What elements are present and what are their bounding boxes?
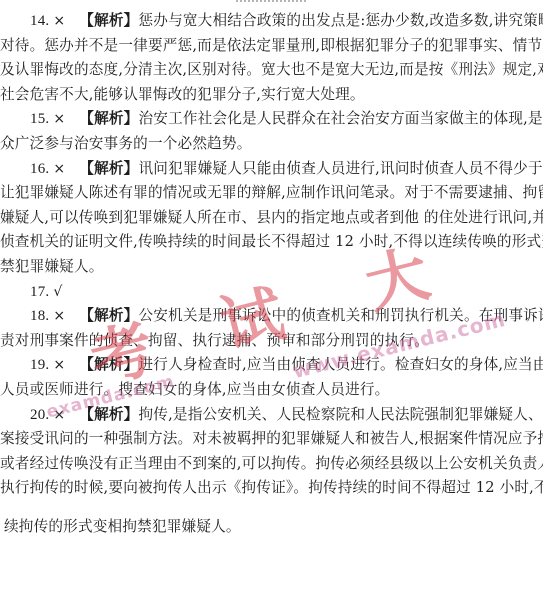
item-text: 人员或医师进行。搜查妇女的身体,应当由女侦查人员进行。 <box>0 378 543 403</box>
analysis-tag: 【解析】 <box>79 406 138 423</box>
answer-item-15: 15.×【解析】治安工作社会化是人民群众在社会治安方面当家做主的体现,是人民群 … <box>0 107 543 156</box>
answer-explanations: 14.×【解析】惩办与宽大相结合政策的出发点是:惩办少数,改造多数,讲究策略,区… <box>0 9 543 539</box>
item-number: 14. <box>30 13 49 29</box>
item-text: 责对刑事案件的侦查、拘留、执行逮捕、预审和部分刑罚的执行。 <box>0 329 543 354</box>
answer-item-18: 18.×【解析】公安机关是刑事诉讼中的侦查机关和刑罚执行机关。在刑事诉讼中,负 … <box>0 304 543 353</box>
item-text: 禁犯罪嫌疑人。 <box>0 255 543 280</box>
wrong-mark-icon: × <box>53 357 65 373</box>
item-text: 让犯罪嫌疑人陈述有罪的情况或无罪的辩解,应制作讯问笔录。对于不需要逮捕、拘留的犯… <box>0 181 543 206</box>
item-text: 公安机关是刑事诉讼中的侦查机关和刑罚执行机关。在刑事诉讼中,负 <box>138 307 543 324</box>
answer-item-20: 20.×【解析】拘传,是指公安机关、人民检察院和人民法院强制犯罪嫌疑人、被告人到… <box>0 403 543 540</box>
item-text: 侦查机关的证明文件,传唤持续的时间最长不得超过 12 小时,不得以连续传唤的形式… <box>0 230 543 255</box>
wrong-mark-icon: × <box>53 308 65 324</box>
item-text: 对待。惩办并不是一律要严惩,而是依法定罪量刑,即根据犯罪分子的犯罪事实、情节、危… <box>0 34 543 59</box>
check-mark-icon: √ <box>53 284 62 300</box>
item-text: 讯问犯罪嫌疑人只能由侦查人员进行,讯问时侦查人员不得少于 2 人,应 <box>138 160 543 177</box>
item-text: 惩办与宽大相结合政策的出发点是:惩办少数,改造多数,讲究策略,区 <box>138 12 543 29</box>
answer-item-14: 14.×【解析】惩办与宽大相结合政策的出发点是:惩办少数,改造多数,讲究策略,区… <box>0 9 543 107</box>
item-number: 20. <box>30 407 49 423</box>
wrong-mark-icon: × <box>53 111 65 127</box>
item-text: 嫌疑人,可以传唤到犯罪嫌疑人所在市、县内的指定地点或者到他 的住处进行讯问,并应… <box>0 206 543 231</box>
item-number: 17. <box>30 284 49 300</box>
page-header-fragment <box>236 0 306 6</box>
item-text: 案接受讯问的一种强制方法。对未被羁押的犯罪嫌疑人和被告人,根据案件情况应予拘传的… <box>0 427 543 452</box>
item-text: 执行拘传的时候,要向被拘传人出示《拘传证》。拘传持续的时间不得超过 12 小时,… <box>0 476 543 501</box>
answer-item-16: 16.×【解析】讯问犯罪嫌疑人只能由侦查人员进行,讯问时侦查人员不得少于 2 人… <box>0 157 543 280</box>
item-number: 16. <box>30 161 49 177</box>
item-text: 社会危害不大,能够认罪悔改的犯罪分子,实行宽大处理。 <box>0 83 543 108</box>
item-text: 治安工作社会化是人民群众在社会治安方面当家做主的体现,是人民群 <box>138 110 543 127</box>
analysis-tag: 【解析】 <box>79 307 138 324</box>
answer-item-19: 19.×【解析】进行人身检查时,应当由侦查人员进行。检查妇女的身体,应当由女侦查… <box>0 353 543 402</box>
wrong-mark-icon: × <box>53 407 65 423</box>
answer-item-17: 17.√ <box>0 280 543 305</box>
item-number: 15. <box>30 111 49 127</box>
item-number: 19. <box>30 357 49 373</box>
wrong-mark-icon: × <box>53 13 65 29</box>
analysis-tag: 【解析】 <box>79 12 138 29</box>
item-number: 18. <box>30 308 49 324</box>
item-text: 及认罪悔改的态度,分清主次,区别对待。宽大也不是宽大无边,而是按《刑法》规定,对… <box>0 58 543 83</box>
item-text: 拘传,是指公安机关、人民检察院和人民法院强制犯罪嫌疑人、被告人到 <box>138 406 543 423</box>
wrong-mark-icon: × <box>53 161 65 177</box>
analysis-tag: 【解析】 <box>79 160 138 177</box>
item-text: 进行人身检查时,应当由侦查人员进行。检查妇女的身体,应当由女侦查 <box>138 356 543 373</box>
item-text: 或者经过传唤没有正当理由不到案的,可以拘传。拘传必须经县级以上公安机关负责人批准… <box>0 452 543 477</box>
item-text: 众广泛参与治安事务的一个必然趋势。 <box>0 132 543 157</box>
analysis-tag: 【解析】 <box>79 110 138 127</box>
analysis-tag: 【解析】 <box>79 356 138 373</box>
item-text: 续拘传的形式变相拘禁犯罪嫌疑人。 <box>0 515 543 540</box>
